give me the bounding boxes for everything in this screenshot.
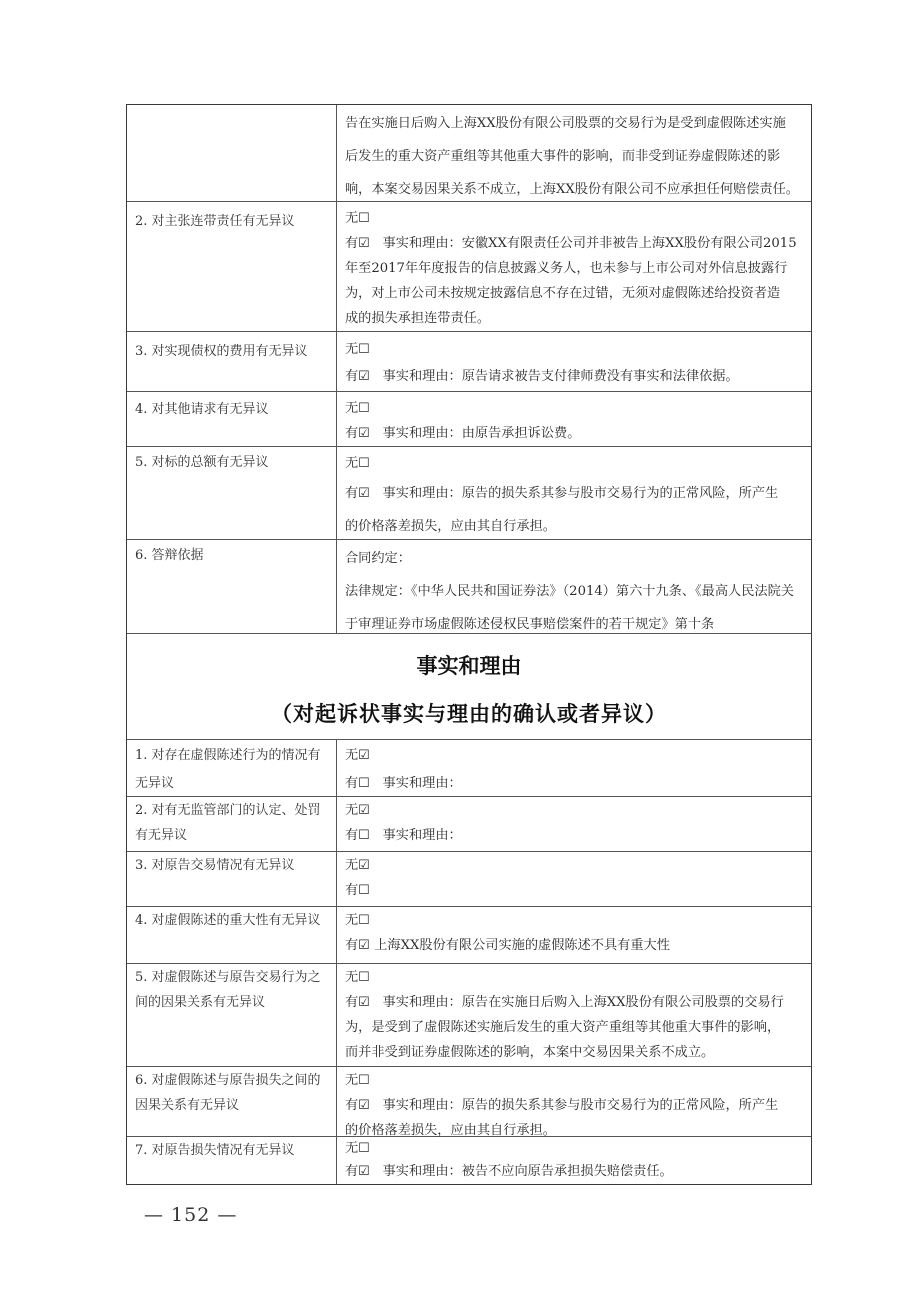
reason-text: 事实和理由：原告请求被告支付律师费没有事实和法律依据。 <box>383 369 739 384</box>
reason-text: 事实和理由：被告不应向原告承担损失赔偿责任。 <box>383 1164 673 1179</box>
row-label: 2. 对有无监管部门的认定、处罚 有无异议 <box>127 797 337 851</box>
no-objection-checkbox[interactable]: 无☑ <box>345 742 370 770</box>
reason-text: 的价格落差损失，应由其自行承担。 <box>345 510 803 543</box>
row-label: 1. 对存在虚假陈述行为的情况有 无异议 <box>127 740 337 796</box>
materiality-row: 4. 对虚假陈述的重大性有无异议 无☐ 有☑ 上海XX股份有限公司实施的虚假陈述… <box>127 906 811 963</box>
label-line: 5. 对虚假陈述与原告交易行为之 <box>135 965 330 990</box>
reason-text: 事实和理由：由原告承担诉讼费。 <box>383 426 581 441</box>
reason-text: 事实和理由：原告的损失系其参与股市交易行为的正常风险，所产生 <box>383 1098 779 1113</box>
label-line: 有无异议 <box>135 823 330 848</box>
reason-text: 成的损失承担连带责任。 <box>345 306 803 331</box>
reason-text: 而并非受到证券虚假陈述的影响，本案中交易因果关系不成立。 <box>345 1040 803 1065</box>
response-form-table: 告在实施日后购入上海XX股份有限公司股票的交易行为是受到虚假陈述实施 后发生的重… <box>126 104 812 1185</box>
row-content: 无☐ 有☑ 上海XX股份有限公司实施的虚假陈述不具有重大性 <box>337 907 811 963</box>
label-line: 2. 对有无监管部门的认定、处罚 <box>135 798 330 823</box>
no-objection-checkbox[interactable]: 无☑ <box>345 798 370 823</box>
row-content: 无☐ 有☑ 事实和理由：原告的损失系其参与股市交易行为的正常风险，所产生 的价格… <box>337 447 811 539</box>
has-objection-checkbox[interactable]: 有☑ <box>345 477 370 510</box>
no-objection-checkbox[interactable]: 无☑ <box>345 853 370 878</box>
reason-text: 上海XX股份有限公司实施的虚假陈述不具有重大性 <box>374 938 670 953</box>
text-line: 后发生的重大资产重组等其他重大事件的影响，而非受到证券虚假陈述的影 <box>345 140 803 173</box>
row-content: 无☑ 有☐ 事实和理由： <box>337 797 811 851</box>
no-objection-checkbox[interactable]: 无☐ <box>345 908 370 933</box>
row-content: 无☑ 有☐ 事实和理由： <box>337 740 811 796</box>
facts-section-header: 事实和理由 （对起诉状事实与理由的确认或者异议） <box>127 633 811 739</box>
row-label: 3. 对原告交易情况有无异议 <box>127 852 337 906</box>
legal-basis-cont: 于审理证券市场虚假陈述侵权民事赔偿案件的若干规定》第十条 <box>345 608 803 641</box>
row-content: 无☑ 有☐ <box>337 852 811 906</box>
continuation-text: 告在实施日后购入上海XX股份有限公司股票的交易行为是受到虚假陈述实施 后发生的重… <box>337 105 811 201</box>
has-objection-checkbox[interactable]: 有☑ <box>345 421 370 446</box>
page-number: — 152 — <box>144 1204 237 1226</box>
row-content: 合同约定： 法律规定：《中华人民共和国证券法》（2014）第六十九条、《最高人民… <box>337 540 811 633</box>
text-line: 告在实施日后购入上海XX股份有限公司股票的交易行为是受到虚假陈述实施 <box>345 107 803 140</box>
no-objection-checkbox[interactable]: 无☐ <box>345 336 370 363</box>
no-objection-checkbox[interactable]: 无☐ <box>345 1068 370 1093</box>
reason-text: 事实和理由：原告在实施日后购入上海XX股份有限公司股票的交易行 <box>383 995 784 1010</box>
row-content: 无☐ 有☑ 事实和理由：原告请求被告支付律师费没有事实和法律依据。 <box>337 332 811 391</box>
label-line: 6. 对虚假陈述与原告损失之间的 <box>135 1068 330 1093</box>
row-label: 4. 对其他请求有无异议 <box>127 392 337 446</box>
total-amount-row: 5. 对标的总额有无异议 无☐ 有☑ 事实和理由：原告的损失系其参与股市交易行为… <box>127 446 811 539</box>
expense-row: 3. 对实现债权的费用有无异议 无☐ 有☑ 事实和理由：原告请求被告支付律师费没… <box>127 331 811 391</box>
row-label: 5. 对标的总额有无异议 <box>127 447 337 539</box>
reason-text: 事实和理由：安徽XX有限责任公司并非被告上海XX股份有限公司2015 <box>383 236 797 251</box>
plaintiff-trading-row: 3. 对原告交易情况有无异议 无☑ 有☐ <box>127 851 811 906</box>
row-label: 2. 对主张连带责任有无异议 <box>127 202 337 331</box>
reason-text: 事实和理由： <box>383 828 462 843</box>
label-line: 间的因果关系有无异议 <box>135 990 330 1015</box>
regulatory-finding-row: 2. 对有无监管部门的认定、处罚 有无异议 无☑ 有☐ 事实和理由： <box>127 796 811 851</box>
no-objection-checkbox[interactable]: 无☐ <box>345 965 370 990</box>
other-claims-row: 4. 对其他请求有无异议 无☐ 有☑ 事实和理由：由原告承担诉讼费。 <box>127 391 811 446</box>
reason-text: 事实和理由： <box>383 776 462 791</box>
row-label: 7. 对原告损失情况有无异议 <box>127 1137 337 1184</box>
plaintiff-loss-row: 7. 对原告损失情况有无异议 无☐ 有☑ 事实和理由：被告不应向原告承担损失赔偿… <box>127 1136 811 1184</box>
no-objection-checkbox[interactable]: 无☐ <box>345 1137 370 1160</box>
continuation-row: 告在实施日后购入上海XX股份有限公司股票的交易行为是受到虚假陈述实施 后发生的重… <box>127 105 811 201</box>
has-objection-checkbox[interactable]: 有☑ <box>345 990 370 1015</box>
reason-text: 为，对上市公司未按规定披露信息不存在过错，无须对虚假陈述给投资者造 <box>345 281 803 306</box>
legal-basis: 法律规定：《中华人民共和国证券法》（2014）第六十九条、《最高人民法院关 <box>345 575 803 608</box>
transaction-causation-row: 5. 对虚假陈述与原告交易行为之 间的因果关系有无异议 无☐ 有☑ 事实和理由：… <box>127 963 811 1066</box>
has-objection-checkbox[interactable]: 有☐ <box>345 878 370 903</box>
label-line: 1. 对存在虚假陈述行为的情况有 <box>135 742 330 770</box>
row-label: 4. 对虚假陈述的重大性有无异议 <box>127 907 337 963</box>
label-line: 因果关系有无异议 <box>135 1093 330 1118</box>
has-objection-checkbox[interactable]: 有☑ <box>345 1093 370 1118</box>
joint-liability-row: 2. 对主张连带责任有无异议 无☐ 有☑ 事实和理由：安徽XX有限责任公司并非被… <box>127 201 811 331</box>
reason-text: 事实和理由：原告的损失系其参与股市交易行为的正常风险，所产生 <box>383 486 779 501</box>
empty-label-cell <box>127 105 337 201</box>
has-objection-checkbox[interactable]: 有☑ <box>345 231 370 256</box>
reason-text: 年至2017年年度报告的信息披露义务人，也未参与上市公司对外信息披露行 <box>345 256 803 281</box>
row-content: 无☐ 有☑ 事实和理由：安徽XX有限责任公司并非被告上海XX股份有限公司2015… <box>337 202 811 331</box>
row-label: 6. 对虚假陈述与原告损失之间的 因果关系有无异议 <box>127 1067 337 1136</box>
loss-causation-row: 6. 对虚假陈述与原告损失之间的 因果关系有无异议 无☐ 有☑ 事实和理由：原告… <box>127 1066 811 1136</box>
has-objection-checkbox[interactable]: 有☐ <box>345 823 370 848</box>
has-objection-checkbox[interactable]: 有☑ <box>345 1160 370 1183</box>
section-subtitle: （对起诉状事实与理由的确认或者异议） <box>127 680 811 728</box>
row-content: 无☐ 有☑ 事实和理由：原告在实施日后购入上海XX股份有限公司股票的交易行 为，… <box>337 964 811 1066</box>
no-objection-checkbox[interactable]: 无☐ <box>345 396 370 421</box>
defense-basis-row: 6. 答辩依据 合同约定： 法律规定：《中华人民共和国证券法》（2014）第六十… <box>127 539 811 633</box>
row-content: 无☐ 有☑ 事实和理由：原告的损失系其参与股市交易行为的正常风险，所产生 的价格… <box>337 1067 811 1136</box>
row-label: 6. 答辩依据 <box>127 540 337 633</box>
label-line: 无异议 <box>135 770 330 798</box>
false-statement-existence-row: 1. 对存在虚假陈述行为的情况有 无异议 无☑ 有☐ 事实和理由： <box>127 739 811 796</box>
has-objection-checkbox[interactable]: 有☐ <box>345 770 370 798</box>
no-objection-checkbox[interactable]: 无☐ <box>345 451 370 477</box>
no-objection-checkbox[interactable]: 无☐ <box>345 206 370 231</box>
has-objection-checkbox[interactable]: 有☑ <box>345 933 370 958</box>
row-label: 3. 对实现债权的费用有无异议 <box>127 332 337 391</box>
row-content: 无☐ 有☑ 事实和理由：被告不应向原告承担损失赔偿责任。 <box>337 1137 811 1184</box>
row-content: 无☐ 有☑ 事实和理由：由原告承担诉讼费。 <box>337 392 811 446</box>
contract-basis: 合同约定： <box>345 542 803 575</box>
reason-text: 为，是受到了虚假陈述实施后发生的重大资产重组等其他重大事件的影响， <box>345 1015 803 1040</box>
has-objection-checkbox[interactable]: 有☑ <box>345 363 370 390</box>
row-label: 5. 对虚假陈述与原告交易行为之 间的因果关系有无异议 <box>127 964 337 1066</box>
